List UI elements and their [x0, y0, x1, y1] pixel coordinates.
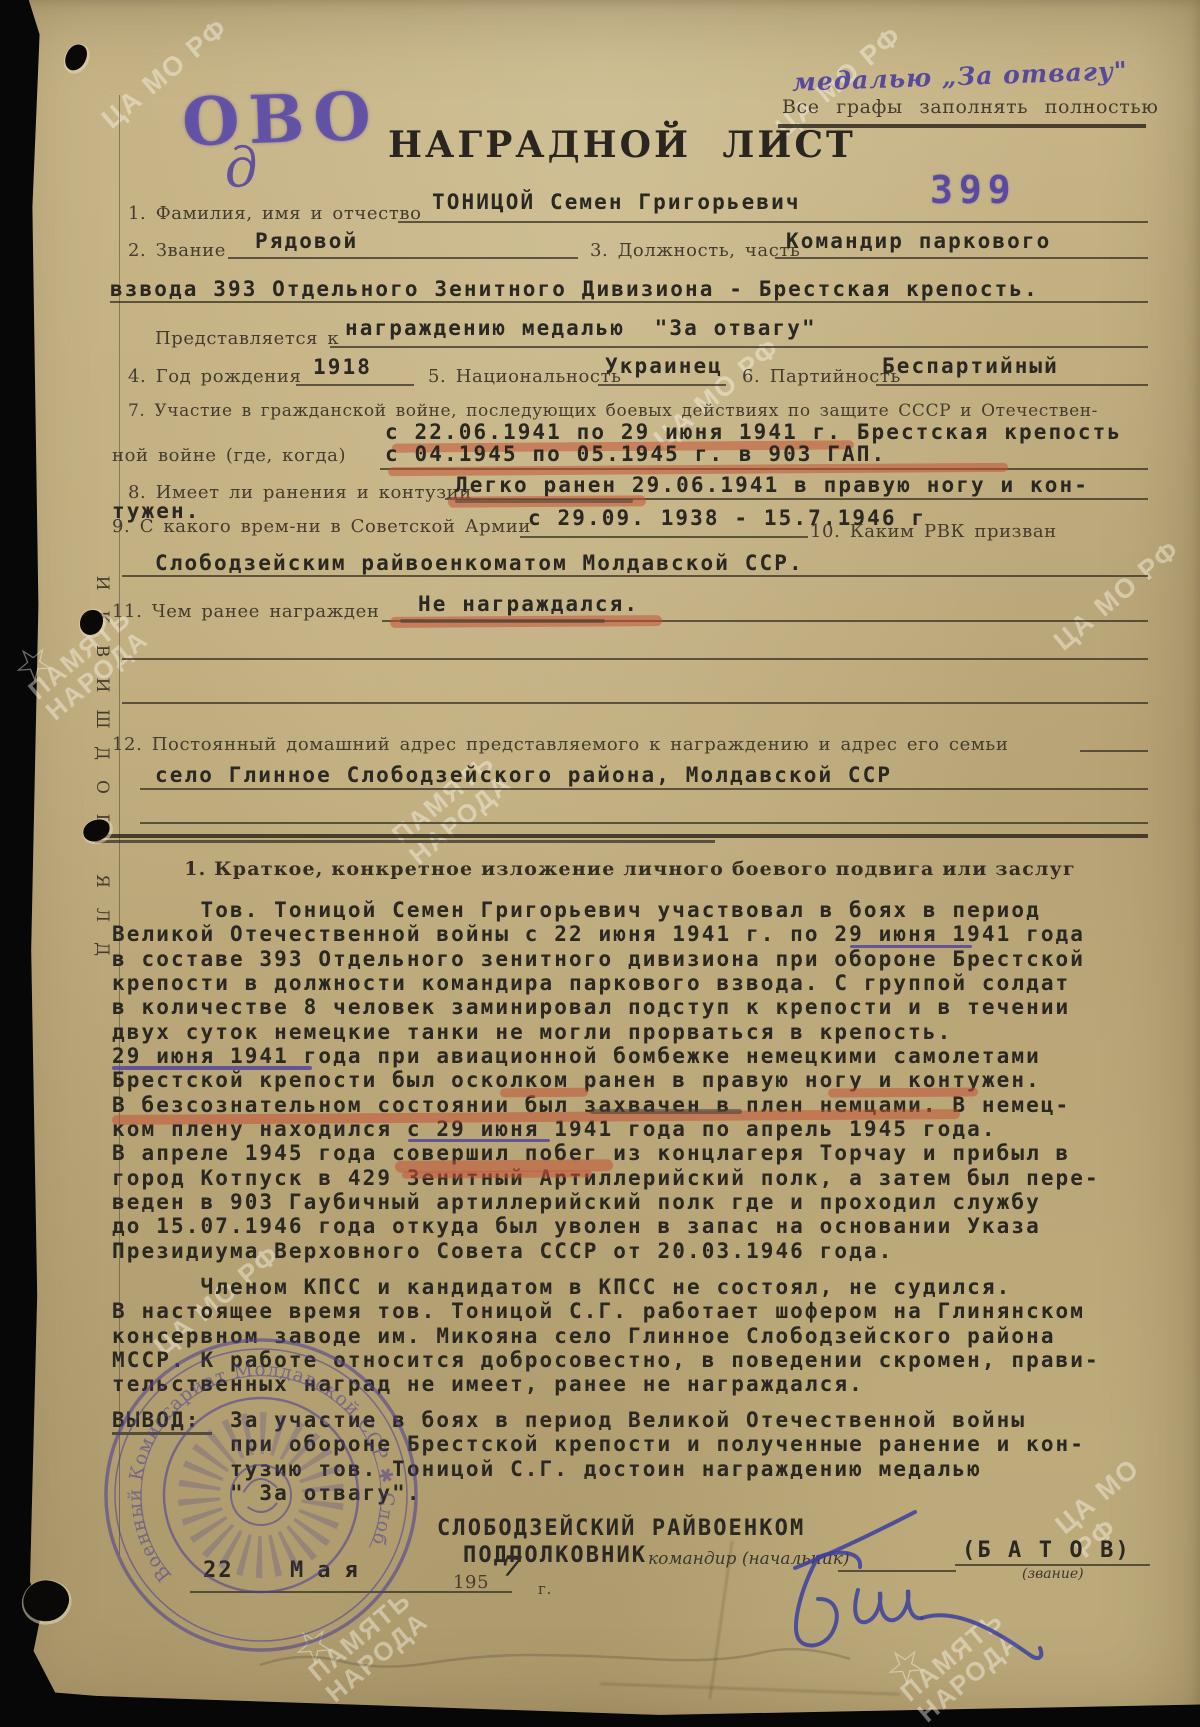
- rule: [122, 575, 1148, 577]
- rule: [228, 257, 578, 259]
- text-line: Я: [78, 870, 112, 892]
- field-value-nationality: Украинец: [605, 354, 723, 378]
- signature-stroke: [818, 1553, 860, 1567]
- field-value-presented: награждению медалью "За отвагу": [345, 316, 817, 340]
- fill-instruction: Все графы заполнять полностью: [782, 96, 1159, 118]
- field-value-drafted-by: Слободзейским райвоенкоматом Молдавской …: [155, 551, 804, 575]
- stamp-emblem-rays: [191, 1425, 331, 1565]
- field-label-army-since: 9. С какого врем-ни в Советской Армии: [112, 516, 531, 537]
- field-value-name: ТОНИЦОЙ Семен Григорьевич: [432, 190, 801, 214]
- award-sheet-scan: ЦА МО РФ ЦА МО РФ ЦА МО РФ ЦА МО РФ ЦА М…: [0, 0, 1200, 1727]
- text-line: И: [78, 572, 112, 594]
- text-line: до 15.07.1946 года откуда был уволен в з…: [112, 1214, 1100, 1238]
- text-line: двух суток немецкие танки не могли прорв…: [112, 1020, 1100, 1044]
- rule: [398, 221, 1148, 223]
- signature-stroke: [855, 1590, 922, 1622]
- text-line: в количестве 8 человек заминировал подст…: [112, 995, 1100, 1019]
- document-number-stamp: 399: [930, 168, 1017, 212]
- field-label-war-participation-2: ной войне (где, когда): [112, 445, 346, 466]
- rule: [296, 384, 414, 386]
- rule: [140, 788, 1148, 790]
- pencil-scribble: [250, 1625, 950, 1685]
- red-crayon-underline: [500, 1088, 588, 1098]
- text-line: Великой Отечественной войны с 22 июня 19…: [112, 922, 1100, 946]
- field-value-rank: Рядовой: [255, 229, 358, 253]
- rule: [140, 822, 1148, 824]
- red-crayon-underline: [828, 1087, 978, 1097]
- corner-stamp-handwritten-note: д: [221, 134, 262, 200]
- text-line: веден в 903 Гаубичный артиллерийский пол…: [112, 1190, 1100, 1214]
- field-label-nationality: 5. Национальность: [428, 366, 622, 387]
- text-line: В: [78, 640, 112, 662]
- pencil-underline: [455, 499, 633, 503]
- text-line: В настоящее время тов. Тоницой С.Г. рабо…: [112, 1299, 1100, 1323]
- rule: [110, 301, 1148, 303]
- field-label-prior-awards: 11. Чем ранее награжден: [112, 601, 379, 622]
- field-label-rank: 2. Звание: [128, 240, 226, 261]
- red-crayon-underline: [402, 1170, 592, 1178]
- field-value-wounds-1: Легко ранен 29.06.1941 в правую ногу и к…: [455, 473, 1089, 497]
- text-line: И: [78, 674, 112, 696]
- form-title: НАГРАДНОЙ ЛИСТ: [388, 124, 856, 166]
- field-value-war-participation-2: с 04.1945 по 05.1945 г. в 903 ГАП.: [385, 442, 886, 466]
- date-year-suffix: г.: [538, 1580, 552, 1598]
- ink-underline: [112, 1066, 312, 1070]
- field-value-party: Беспартийный: [882, 354, 1059, 378]
- field-label-presented: Представляется к: [155, 328, 339, 349]
- corner-registry-stamp: ОВО: [181, 77, 381, 162]
- field-label-position: 3. Должность, часть: [590, 240, 800, 261]
- text-line: Л: [78, 904, 112, 926]
- rule: [520, 536, 808, 538]
- rule: [1080, 750, 1148, 752]
- text-line: О: [78, 776, 112, 798]
- rule: [598, 384, 726, 386]
- field-label-name: 1. Фамилия, имя и отчество: [128, 203, 422, 224]
- pen-slash-stroke: [795, 1512, 915, 1568]
- round-official-stamp: Военный Комиссариат Молдавской ССР ✱ Сло…: [96, 1330, 426, 1660]
- signing-rank: ПОДПОЛКОВНИК: [463, 1543, 647, 1568]
- pencil-underline: [400, 619, 605, 623]
- text-line: Ш: [78, 708, 112, 730]
- rule: [122, 658, 1148, 660]
- text-line: крепости в должности командира паркового…: [112, 971, 1100, 995]
- field-label-birth-year: 4. Год рождения: [128, 366, 301, 387]
- field-value-home-address: село Глинное Слободзейского района, Молд…: [155, 763, 892, 787]
- field-label-war-participation: 7. Участие в гражданской войне, последую…: [128, 401, 1098, 421]
- field-value-birth-year: 1918: [313, 355, 372, 379]
- text-line: Д: [78, 742, 112, 764]
- text-line: Президиума Верховного Совета СССР от 20.…: [112, 1239, 1100, 1263]
- text-line: в составе 393 Отдельного зенитного дивиз…: [112, 947, 1100, 971]
- date-year-handwritten: 7: [501, 1549, 523, 1583]
- text-line: Членом КПСС и кандидатом в КПСС не состо…: [112, 1275, 1100, 1299]
- date-year-prefix: 195: [453, 1572, 489, 1593]
- field-label-home-address: 12. Постоянный домашний адрес представля…: [112, 734, 1008, 755]
- text-line: 29 июня 1941 года при авиационной бомбеж…: [112, 1044, 1100, 1068]
- feat-paragraph-1: Тов. Тоницой Семен Григорьевич участвова…: [112, 898, 1100, 1263]
- rule: [775, 257, 1148, 259]
- rule: [122, 702, 1148, 704]
- field-label-drafted-by: 10. Каким РВК призван: [810, 521, 1057, 542]
- pencil-underline: [590, 1109, 742, 1114]
- rule: [330, 346, 1148, 348]
- section-divider: [95, 834, 1148, 838]
- field-value-position: Командир паркового: [786, 229, 1051, 253]
- text-line: Тов. Тоницой Семен Григорьевич участвова…: [112, 898, 1100, 922]
- ink-underline: [850, 945, 972, 948]
- feat-section-heading: 1. Краткое, конкретное изложение личного…: [112, 858, 1148, 880]
- field-value-position-line2: взвода 393 Отдельного Зенитного Дивизион…: [110, 277, 1039, 301]
- ink-underline: [408, 1139, 550, 1142]
- section-divider: [95, 840, 715, 843]
- text-line: Д: [78, 938, 112, 960]
- rule: [876, 384, 1148, 386]
- field-value-prior-awards: Не награждался.: [418, 592, 639, 616]
